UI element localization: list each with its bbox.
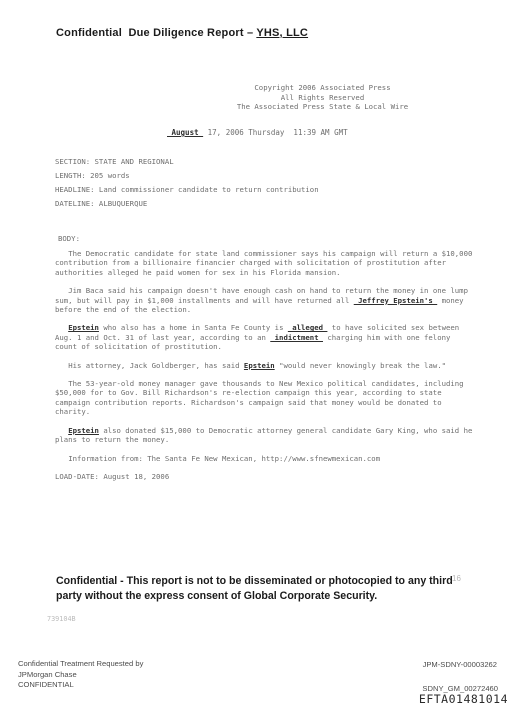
confidential-notice: Confidential - This report is not to be … — [56, 574, 458, 604]
copyright-block: Copyright 2006 Associated PressAll Right… — [130, 83, 512, 112]
body-label: BODY: — [58, 234, 80, 243]
body-paragraph: The 53-year-old money manager gave thous… — [55, 379, 475, 417]
text-run: 17, 2006 Thursday 11:39 AM GMT — [203, 128, 348, 137]
page-number: 16 — [452, 574, 461, 583]
footer-confidential-treatment: Confidential Treatment Requested byJPMor… — [18, 659, 143, 691]
article-dateline: August 17, 2006 Thursday 11:39 AM GMT — [167, 128, 348, 137]
copyright-line: Copyright 2006 Associated Press — [130, 83, 512, 93]
bates-number-efta: EFTA01481014 — [419, 692, 508, 706]
body-paragraph: Information from: The Santa Fe New Mexic… — [55, 454, 475, 463]
copyright-line: The Associated Press State & Local Wire — [130, 102, 512, 112]
document-page: Confidential Due Diligence Report – YHS,… — [0, 0, 512, 710]
text-run: His attorney, Jack Goldberger, has said — [55, 361, 244, 370]
load-date-line: LOAD-DATE: August 18, 2006 — [55, 472, 475, 481]
body-paragraph: Epstein also donated $15,000 to Democrat… — [55, 426, 475, 445]
article-body: The Democratic candidate for state land … — [55, 249, 475, 490]
body-paragraph: Jim Baca said his campaign doesn't have … — [55, 286, 475, 314]
emphasized-text: Epstein — [244, 361, 275, 370]
text-run — [55, 426, 68, 435]
text-run: Information from: The Santa Fe New Mexic… — [55, 454, 380, 463]
copyright-line: All Rights Reserved — [130, 93, 512, 103]
footer-line: CONFIDENTIAL — [18, 680, 143, 691]
bates-number-jpm: JPM-SDNY-00003262 — [423, 660, 497, 669]
footer-line: Confidential Treatment Requested by — [18, 659, 143, 670]
text-run: also donated $15,000 to Democratic attor… — [55, 426, 477, 444]
emphasized-text: alleged — [288, 323, 328, 332]
emphasized-text: Epstein — [68, 323, 99, 332]
body-paragraph: His attorney, Jack Goldberger, has said … — [55, 361, 475, 370]
body-paragraph: Epstein who also has a home in Santa Fe … — [55, 323, 475, 351]
text-run: who also has a home in Santa Fe County i… — [99, 323, 288, 332]
metadata-line: DATELINE: ALBUQUERQUE — [55, 197, 319, 211]
emphasized-text: Jeffrey Epstein's — [354, 296, 437, 305]
body-paragraph: The Democratic candidate for state land … — [55, 249, 475, 277]
text-run: The 53-year-old money manager gave thous… — [55, 379, 468, 416]
metadata-line: LENGTH: 205 words — [55, 169, 319, 183]
emphasized-text: August — [167, 128, 203, 137]
emphasized-text: indictment — [270, 333, 323, 342]
text-run — [55, 323, 68, 332]
emphasized-text: YHS, LLC — [256, 27, 308, 39]
text-run: Confidential Due Diligence Report – — [56, 27, 256, 39]
article-metadata: SECTION: STATE AND REGIONALLENGTH: 205 w… — [55, 155, 319, 211]
document-code: 739104B — [47, 615, 76, 623]
emphasized-text: Epstein — [68, 426, 99, 435]
metadata-line: HEADLINE: Land commissioner candidate to… — [55, 183, 319, 197]
text-run: The Democratic candidate for state land … — [55, 249, 477, 277]
text-run: "would never knowingly break the law." — [275, 361, 446, 370]
metadata-line: SECTION: STATE AND REGIONAL — [55, 155, 319, 169]
report-title: Confidential Due Diligence Report – YHS,… — [56, 27, 308, 39]
footer-line: JPMorgan Chase — [18, 670, 143, 681]
